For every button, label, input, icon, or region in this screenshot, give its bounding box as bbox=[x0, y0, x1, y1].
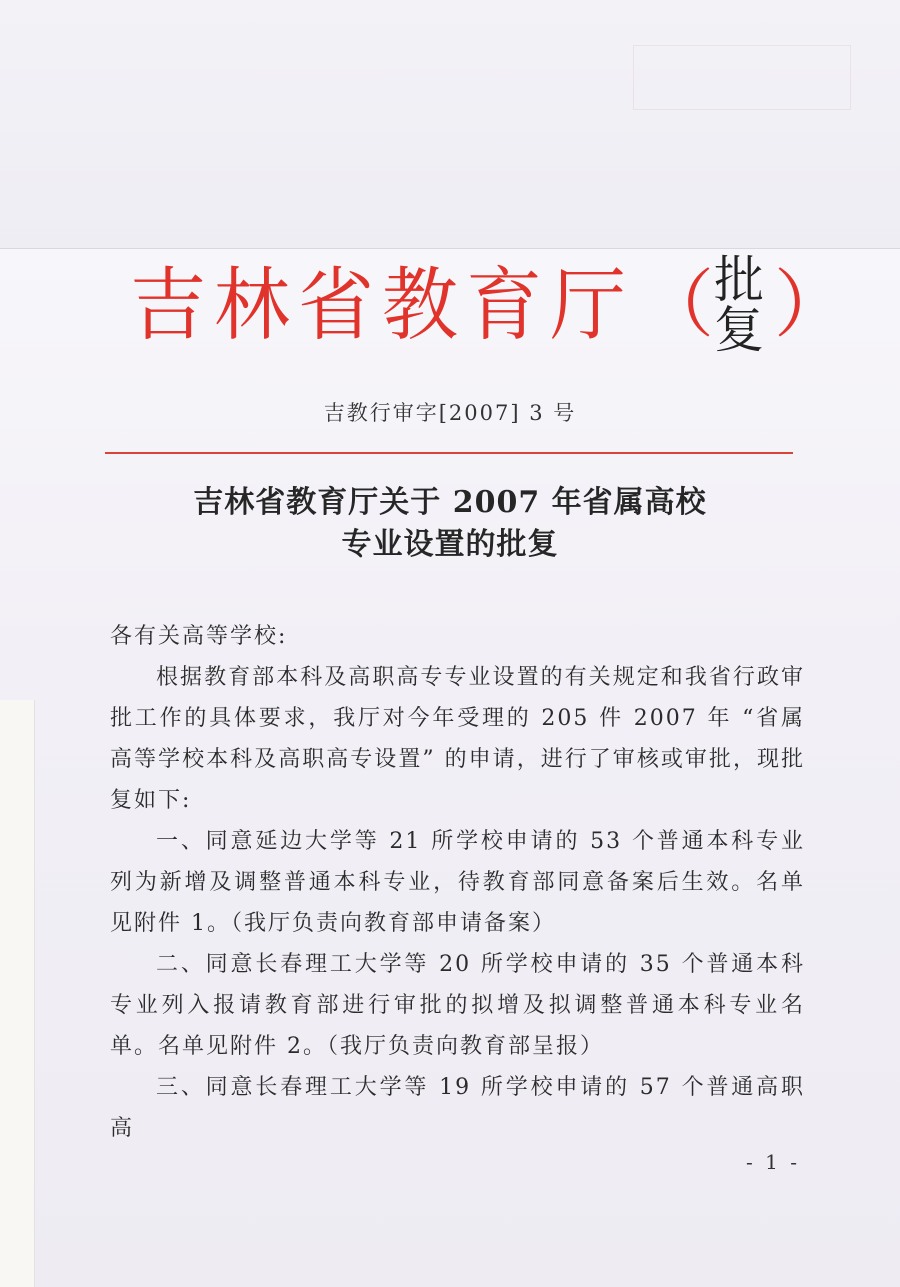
letterhead: 吉林省教育厅 （ 批复 ） bbox=[130, 255, 790, 355]
page-number: - 1 - bbox=[746, 1150, 800, 1174]
back-page bbox=[0, 0, 900, 250]
letterhead-paren-open: （ bbox=[640, 268, 714, 342]
document-number: 吉教行审字[2007] 3 号 bbox=[0, 397, 900, 427]
document-title: 吉林省教育厅关于 2007 年省属高校 专业设置的批复 bbox=[0, 482, 900, 566]
red-divider bbox=[105, 452, 793, 454]
letterhead-agency: 吉林省教育厅 bbox=[130, 265, 634, 345]
salutation: 各有关高等学校: bbox=[110, 616, 805, 657]
item-paragraph: 一、同意延边大学等 21 所学校申请的 53 个普通本科专业列为新增及调整普通本… bbox=[110, 821, 805, 944]
intro-paragraph: 根据教育部本科及高职高专专业设置的有关规定和我省行政审批工作的具体要求，我厅对今… bbox=[110, 657, 805, 821]
letterhead-doc-type: 批复 bbox=[714, 255, 768, 355]
faded-stamp bbox=[633, 45, 851, 110]
title-line-2: 专业设置的批复 bbox=[0, 524, 900, 566]
title-line-1: 吉林省教育厅关于 2007 年省属高校 bbox=[0, 482, 900, 524]
letterhead-paren-close: ） bbox=[774, 268, 848, 342]
paper-edge-strip bbox=[0, 700, 35, 1287]
document-body: 各有关高等学校: 根据教育部本科及高职高专专业设置的有关规定和我省行政审批工作的… bbox=[110, 616, 805, 1149]
item-paragraph: 三、同意长春理工大学等 19 所学校申请的 57 个普通高职高 bbox=[110, 1067, 805, 1149]
item-paragraph: 二、同意长春理工大学等 20 所学校申请的 35 个普通本科专业列入报请教育部进… bbox=[110, 944, 805, 1067]
